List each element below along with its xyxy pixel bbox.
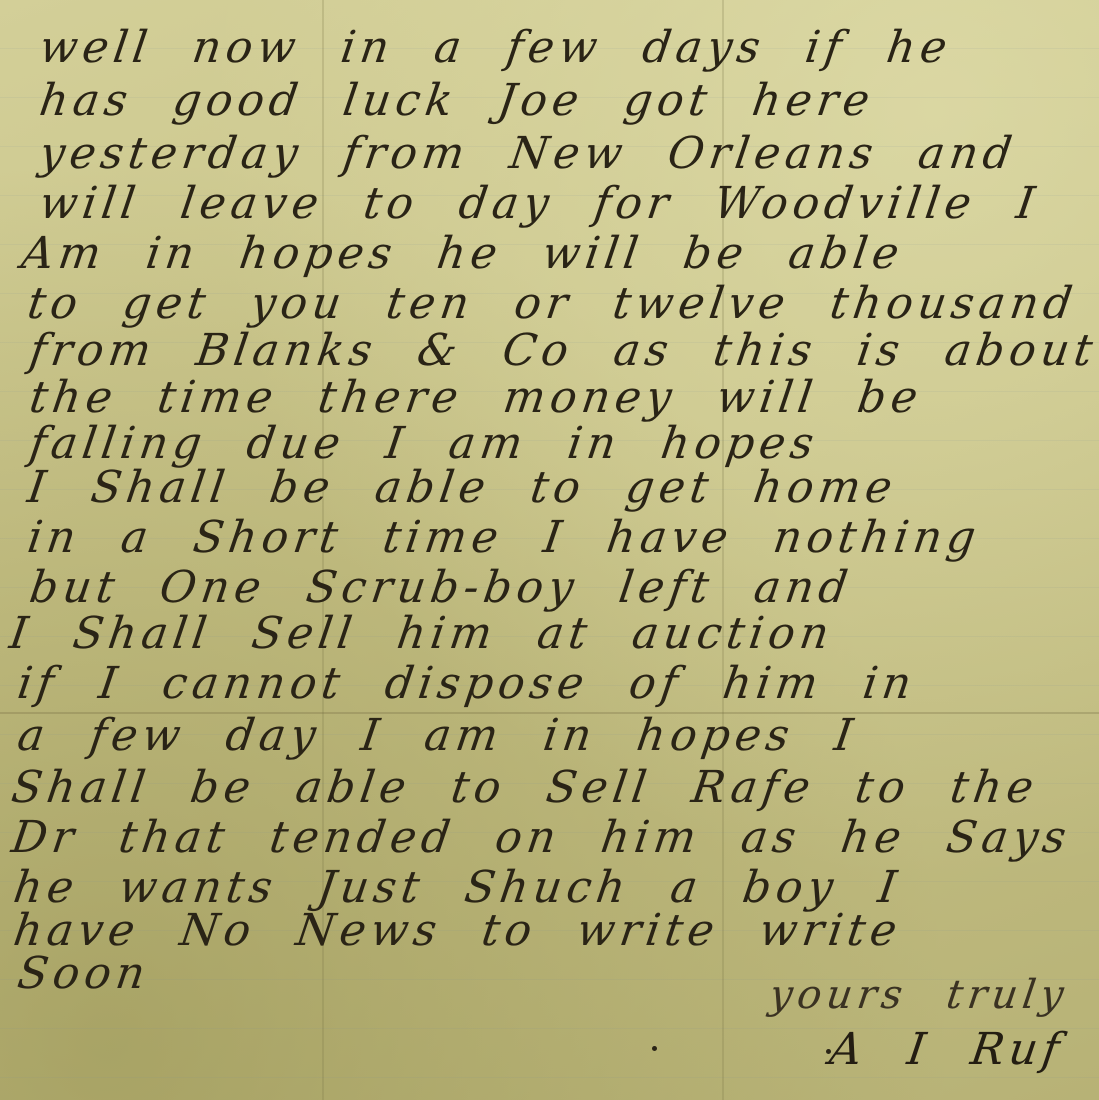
letter-line-8: the time there money will be [26, 372, 925, 423]
letter-line-13: I Shall Sell him at auction [6, 608, 837, 659]
letter-line-3: yesterday from New Orleans and [36, 128, 1019, 179]
letter-line-12: but One Scrub-boy left and [26, 562, 855, 613]
letter-line-17: Dr that tended on him as he Says [8, 812, 1074, 863]
letter-line-5: Am in hopes he will be able [18, 228, 907, 279]
letter-line-6: to get you ten or twelve thousand [24, 278, 1080, 329]
letter-line-10: I Shall be able to get home [24, 462, 900, 513]
letter-line-20: Soon [14, 948, 153, 999]
ink-dot [652, 1046, 657, 1051]
letter-line-15: a few day I am in hopes I [14, 710, 860, 761]
letter-closing: yours truly [767, 972, 1072, 1018]
letter-body: well now in a few days if he has good lu… [0, 0, 1099, 1100]
ink-dot [826, 1049, 831, 1054]
letter-line-14: if I cannot dispose of him in [14, 658, 919, 709]
letter-line-16: Shall be able to Sell Rafe to the [8, 762, 1041, 813]
letter-line-7: from Blanks & Co as this is about [26, 325, 1099, 376]
letter-line-2: has good luck Joe got here [36, 75, 877, 126]
letter-line-4: will leave to day for Woodville I [36, 178, 1042, 229]
letter-signature: A I Ruf [826, 1024, 1067, 1075]
letter-line-1: well now in a few days if he [36, 22, 955, 73]
letter-line-11: in a Short time I have nothing [24, 512, 983, 563]
